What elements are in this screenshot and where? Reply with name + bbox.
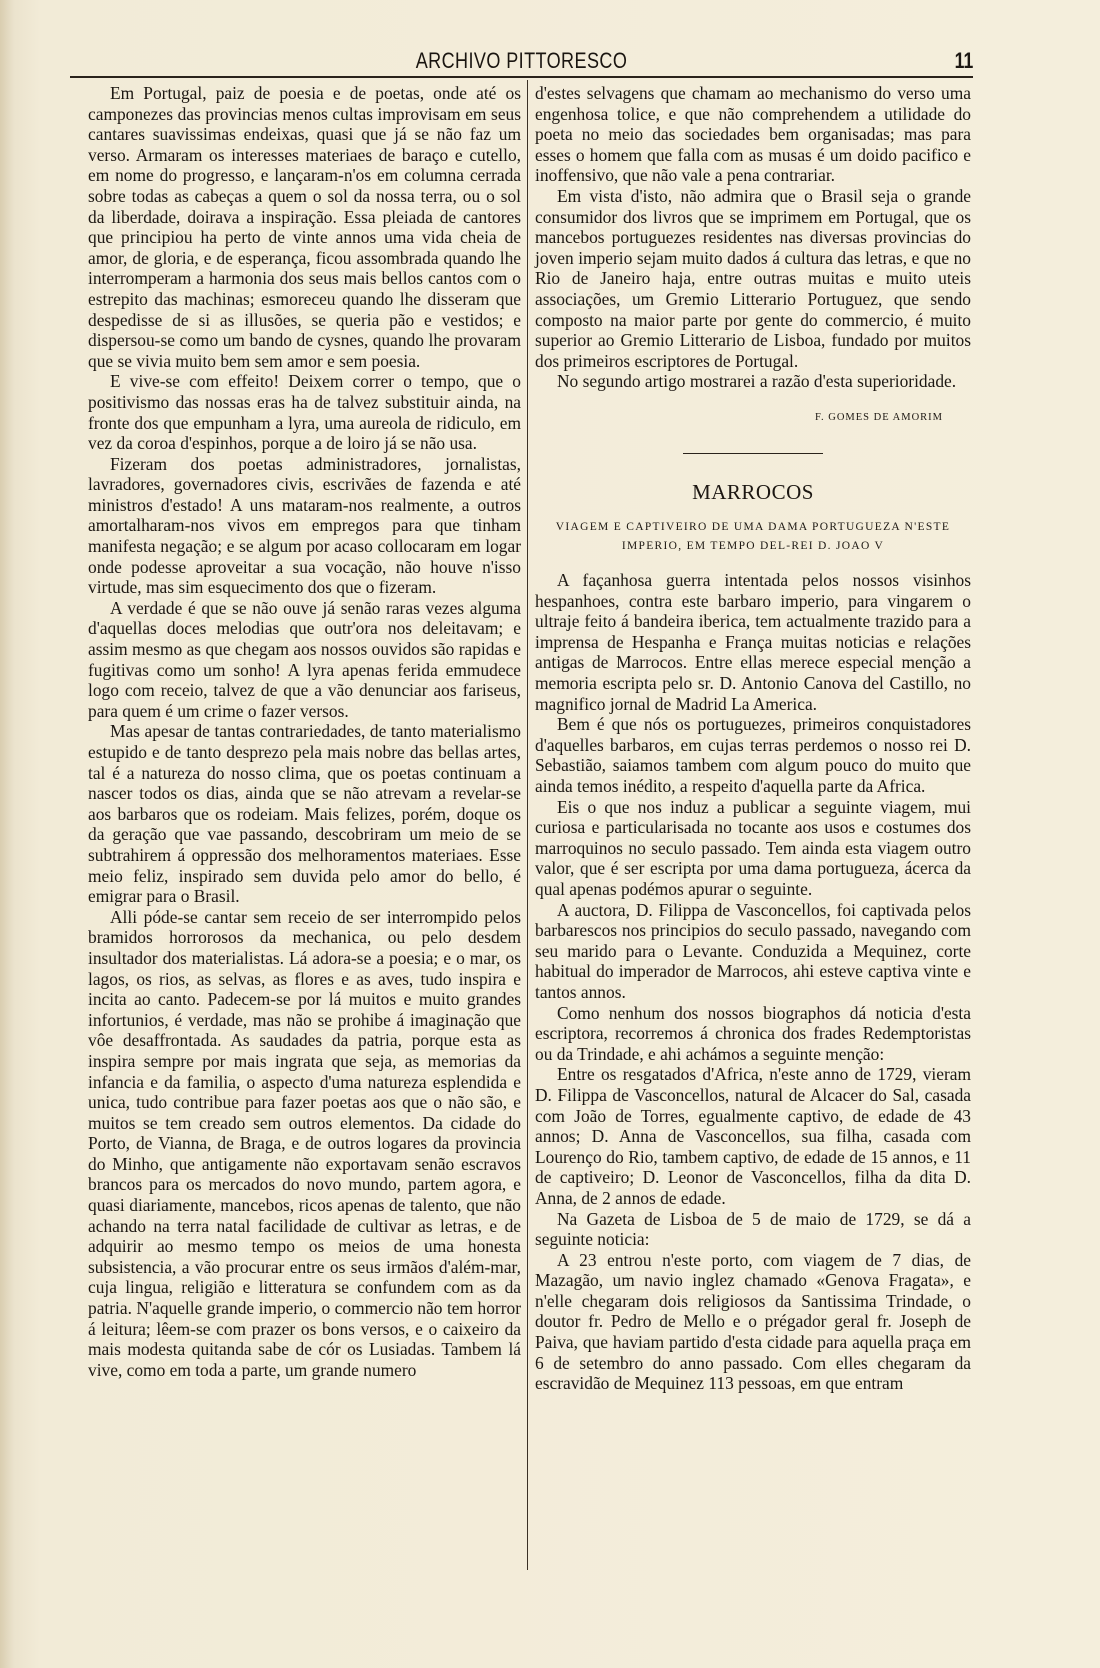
section-separator	[683, 453, 823, 454]
continuation-paragraph: d'estes selvagens que chamam ao mechanis…	[535, 83, 971, 186]
paragraph: Entre os resgatados d'Africa, n'este ann…	[535, 1064, 971, 1208]
paragraph: Bem é que nós os portuguezes, primeiros …	[535, 714, 971, 796]
article-subtitle: VIAGEM E CAPTIVEIRO DE UMA DAMA PORTUGUE…	[535, 518, 971, 556]
paragraph: Eis o que nos induz a publicar a seguint…	[535, 797, 971, 900]
publication-title: ARCHIVO PITTORESCO	[151, 48, 891, 74]
column-divider	[527, 80, 528, 1570]
page-header: ARCHIVO PITTORESCO 11	[70, 48, 973, 78]
paragraph: A verdade é que se não ouve já senão rar…	[88, 598, 521, 722]
left-column: Em Portugal, paiz de poesia e de poetas,…	[88, 83, 521, 1380]
paragraph: A auctora, D. Filippa de Vasconcellos, f…	[535, 900, 971, 1003]
right-column: d'estes selvagens que chamam ao mechanis…	[535, 83, 971, 1394]
paragraph: A 23 entrou n'este porto, com viagem de …	[535, 1250, 971, 1394]
author-signature: F. GOMES DE AMORIM	[535, 408, 943, 429]
paragraph: Como nenhum dos nossos biographos dá not…	[535, 1003, 971, 1065]
page-number: 11	[954, 48, 973, 74]
paragraph: A façanhosa guerra intentada pelos nosso…	[535, 570, 971, 714]
paragraph: Em Portugal, paiz de poesia e de poetas,…	[88, 83, 521, 371]
newspaper-page: ARCHIVO PITTORESCO 11 Em Portugal, paiz …	[0, 0, 1100, 1668]
paragraph: Alli póde-se cantar sem receio de ser in…	[88, 907, 521, 1381]
paragraph: Mas apesar de tantas contrariedades, de …	[88, 721, 521, 906]
paragraph: Em vista d'isto, não admira que o Brasil…	[535, 186, 971, 371]
article-title: MARROCOS	[535, 482, 971, 503]
paragraph: Na Gazeta de Lisboa de 5 de maio de 1729…	[535, 1209, 971, 1250]
paragraph: E vive-se com effeito! Deixem correr o t…	[88, 371, 521, 453]
paragraph: Fizeram dos poetas administradores, jorn…	[88, 454, 521, 598]
paragraph: No segundo artigo mostrarei a razão d'es…	[535, 371, 971, 392]
